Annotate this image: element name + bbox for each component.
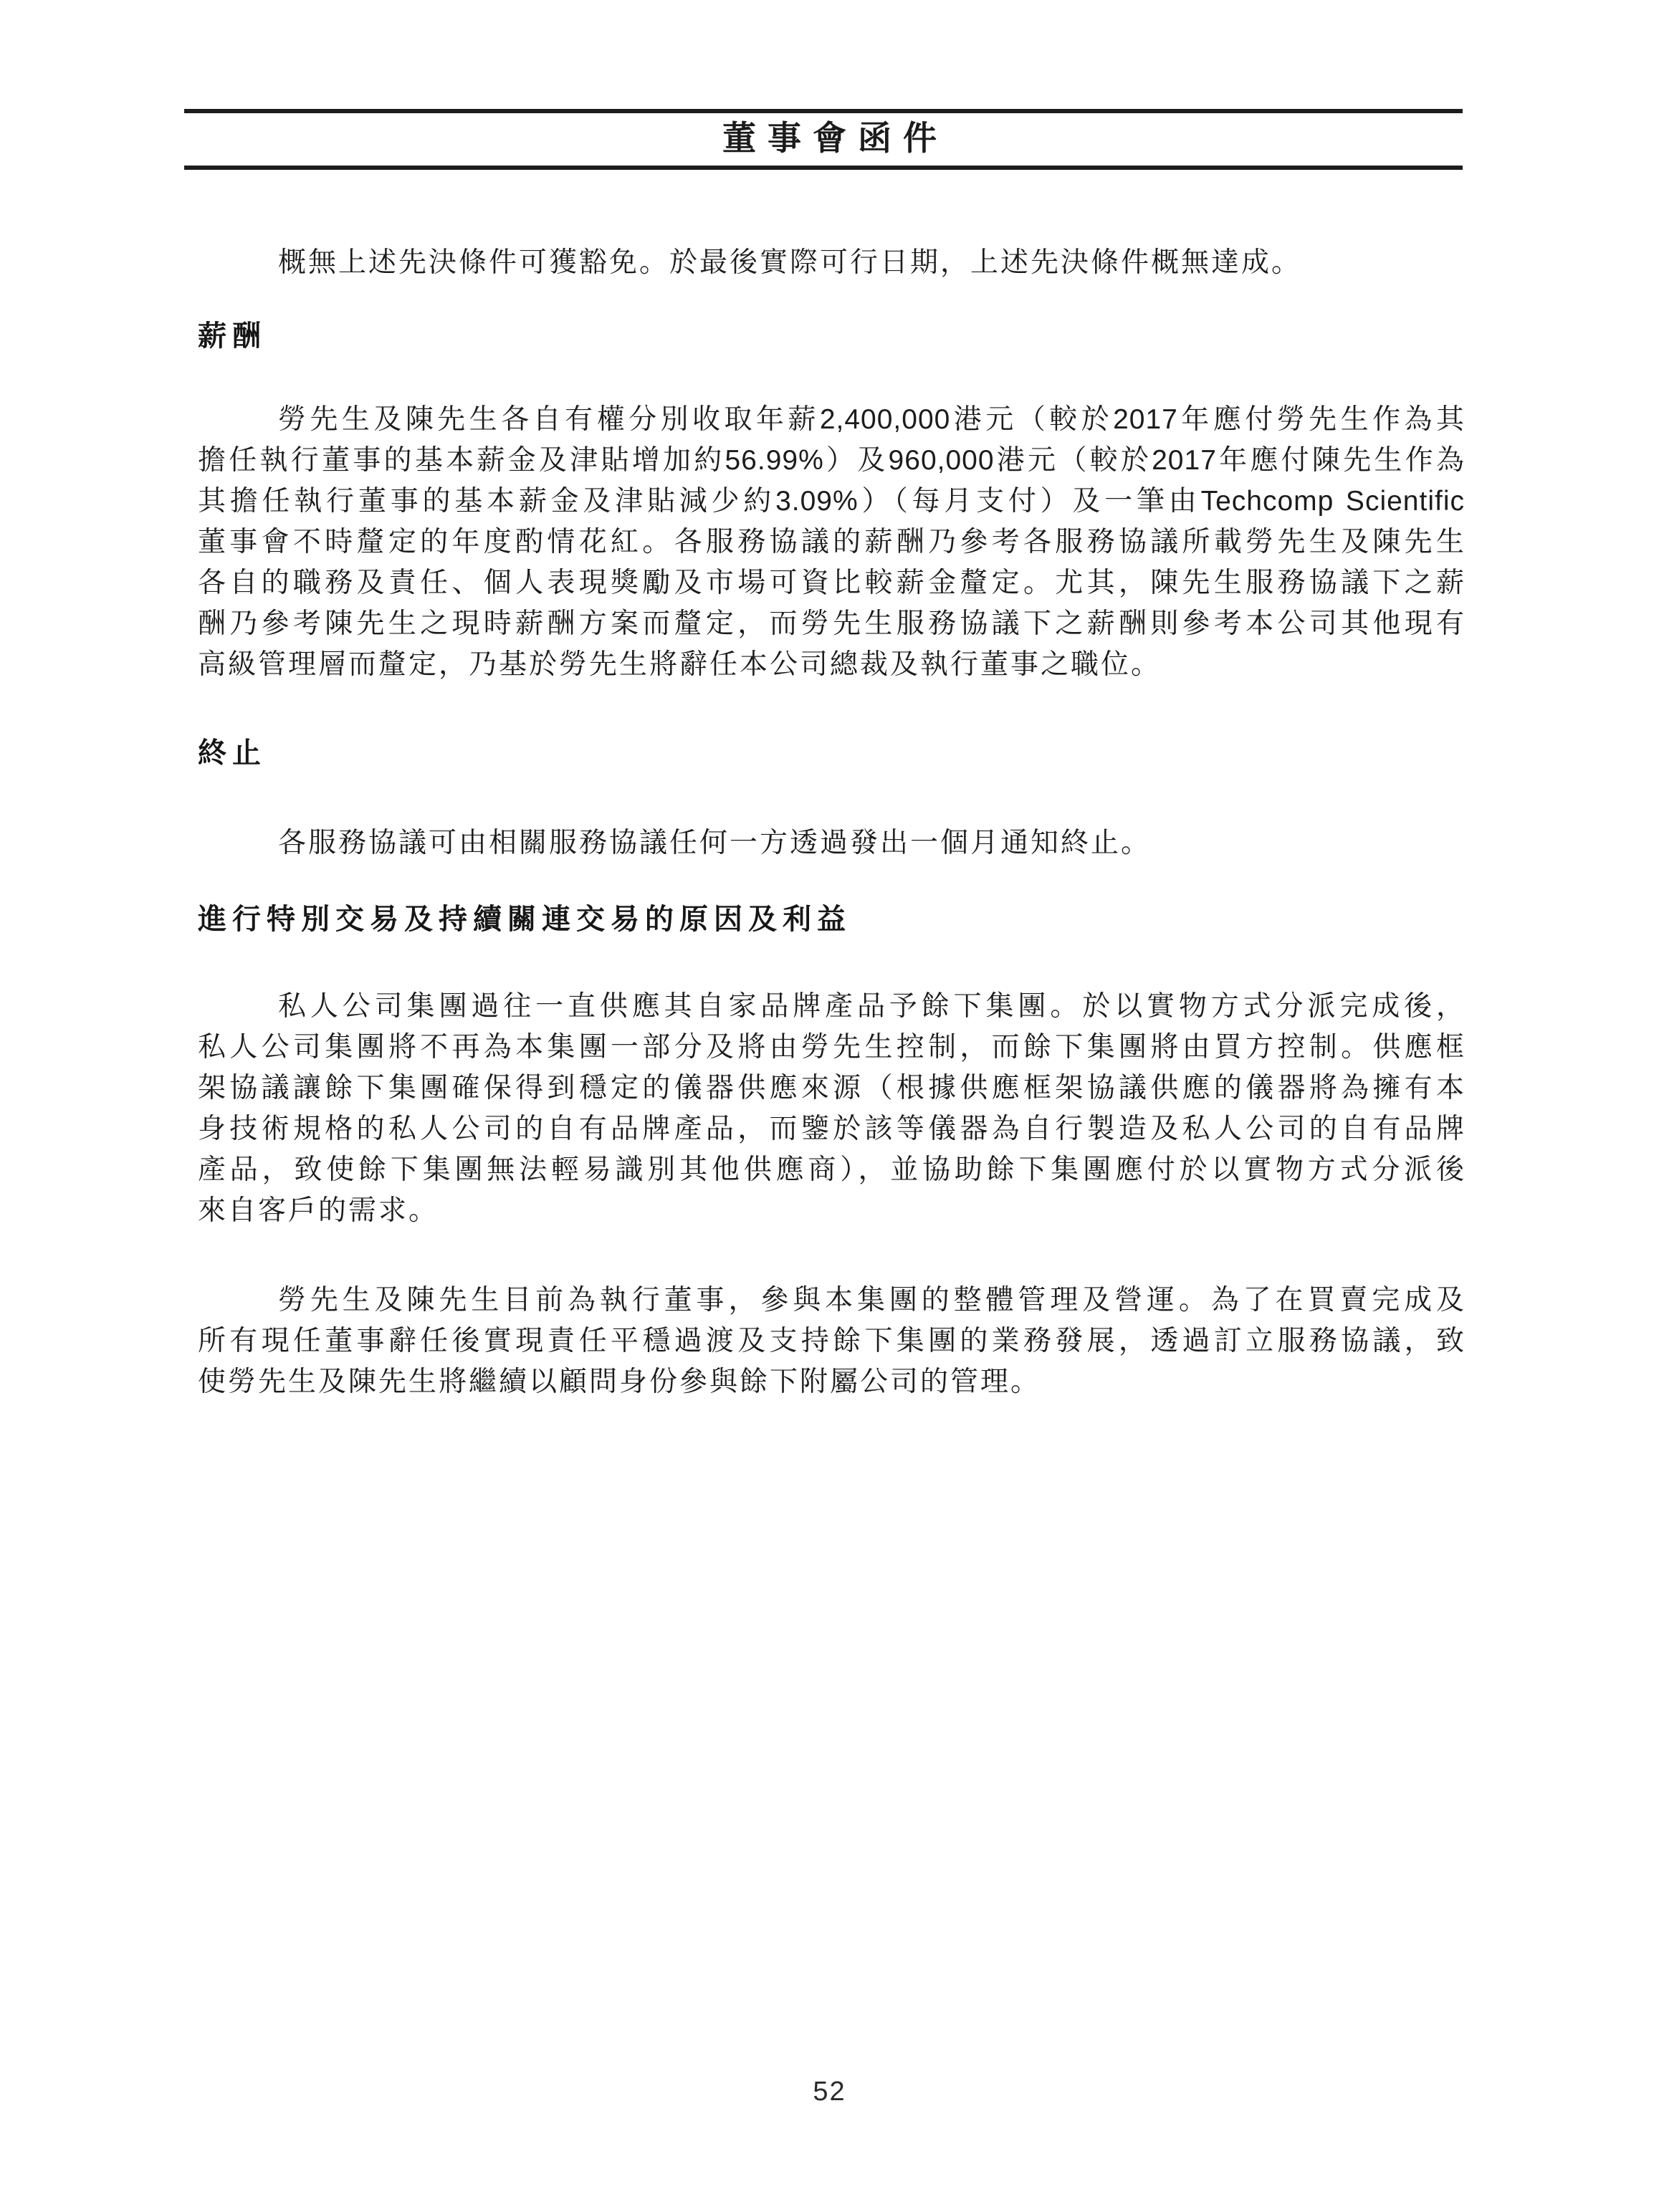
text-line: 其擔任執行董事的基本薪金及津貼減少約3.09%）（每月支付）及一筆由Techco… <box>198 481 1465 522</box>
text-line: 高級管理層而釐定，乃基於勞先生將辭任本公司總裁及執行董事之職位。 <box>198 644 1465 685</box>
text-line: 使勞先生及陳先生將繼續以顧問身份參與餘下附屬公司的管理。 <box>198 1361 1465 1402</box>
text-line: 身技術規格的私人公司的自有品牌產品，而鑒於該等儀器為自行製造及私人公司的自有品牌 <box>198 1109 1465 1149</box>
paragraph-reasons-2: 勞先生及陳先生目前為執行董事，參與本集團的整體管理及營運。為了在買賣完成及 所有… <box>198 1280 1465 1402</box>
section-heading-reasons: 進行特別交易及持續關連交易的原因及利益 <box>198 903 851 936</box>
header-rule-bottom <box>184 166 1463 170</box>
document-page: 董事會函件 概無上述先決條件可獲豁免。於最後實際可行日期，上述先決條件概無達成。… <box>0 0 1659 2212</box>
paragraph-remuneration: 勞先生及陳先生各自有權分別收取年薪2,400,000港元（較於2017年應付勞先… <box>198 399 1465 685</box>
text-line: 勞先生及陳先生各自有權分別收取年薪2,400,000港元（較於2017年應付勞先… <box>198 399 1465 440</box>
text-line: 私人公司集團將不再為本集團一部分及將由勞先生控制，而餘下集團將由買方控制。供應框 <box>198 1027 1465 1068</box>
text-line: 董事會不時釐定的年度酌情花紅。各服務協議的薪酬乃參考各服務協議所載勞先生及陳先生 <box>198 522 1465 562</box>
text-line: 概無上述先決條件可獲豁免。於最後實際可行日期，上述先決條件概無達成。 <box>198 242 1465 283</box>
text-line: 各服務協議可由相關服務協議任何一方透過發出一個月通知終止。 <box>198 823 1465 863</box>
paragraph-reasons-1: 私人公司集團過往一直供應其自家品牌產品予餘下集團。於以實物方式分派完成後， 私人… <box>198 986 1465 1231</box>
section-heading-remuneration: 薪酬 <box>198 320 267 353</box>
page-number: 52 <box>0 2077 1659 2107</box>
paragraph-intro: 概無上述先決條件可獲豁免。於最後實際可行日期，上述先決條件概無達成。 <box>198 242 1465 283</box>
text-line: 擔任執行董事的基本薪金及津貼增加約56.99%）及960,000港元（較於201… <box>198 440 1465 481</box>
text-line: 私人公司集團過往一直供應其自家品牌產品予餘下集團。於以實物方式分派完成後， <box>198 986 1465 1027</box>
header-rule-top <box>184 109 1463 113</box>
text-line: 所有現任董事辭任後實現責任平穩過渡及支持餘下集團的業務發展，透過訂立服務協議，致 <box>198 1321 1465 1361</box>
text-line: 產品，致使餘下集團無法輕易識別其他供應商），並協助餘下集團應付於以實物方式分派後 <box>198 1149 1465 1190</box>
paragraph-termination: 各服務協議可由相關服務協議任何一方透過發出一個月通知終止。 <box>198 823 1465 863</box>
text-line: 來自客戶的需求。 <box>198 1190 1465 1231</box>
section-heading-termination: 終止 <box>198 737 267 770</box>
text-line: 酬乃參考陳先生之現時薪酬方案而釐定，而勞先生服務協議下之薪酬則參考本公司其他現有 <box>198 603 1465 644</box>
page-title: 董事會函件 <box>0 120 1659 156</box>
text-line: 勞先生及陳先生目前為執行董事，參與本集團的整體管理及營運。為了在買賣完成及 <box>198 1280 1465 1321</box>
text-line: 各自的職務及責任、個人表現獎勵及市場可資比較薪金釐定。尤其，陳先生服務協議下之薪 <box>198 562 1465 603</box>
text-line: 架協議讓餘下集團確保得到穩定的儀器供應來源（根據供應框架協議供應的儀器將為擁有本 <box>198 1068 1465 1109</box>
